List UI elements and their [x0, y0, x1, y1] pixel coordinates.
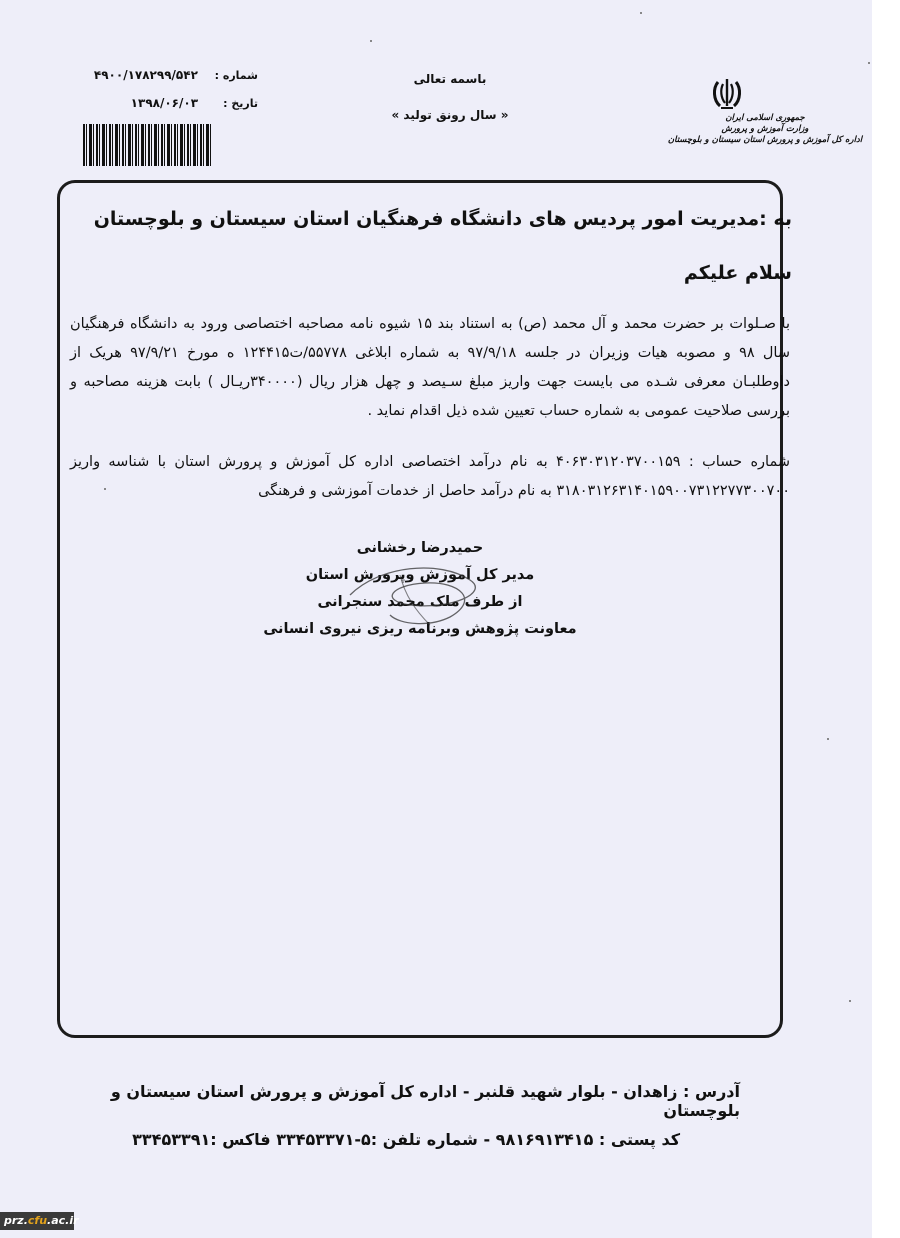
- signer-name: حمیدرضا رخشانی: [240, 535, 600, 562]
- deputy-title: معاونت پژوهش وبرنامه ریزی نیروی انسانی: [240, 616, 600, 643]
- letter-number: شماره : ۴۹۰۰/۱۷۸۲۹۹/۵۴۲: [62, 68, 258, 82]
- barcode: [83, 124, 213, 166]
- iran-emblem-icon: [712, 78, 742, 112]
- scanned-letter-page: شماره : ۴۹۰۰/۱۷۸۲۹۹/۵۴۲ تاریخ : ۱۳۹۸/۰۶/…: [0, 0, 872, 1238]
- year-slogan: « سال رونق تولید »: [360, 108, 540, 122]
- ministry-line-1: جمهوری اسلامی ایران: [660, 113, 870, 124]
- ministry-line-2: وزارت آموزش و پرورش: [660, 124, 870, 135]
- scan-speck: [370, 40, 372, 42]
- ministry-letterhead: جمهوری اسلامی ایران وزارت آموزش و پرورش …: [660, 113, 870, 146]
- letter-date-value: ۱۳۹۸/۰۶/۰۳: [131, 96, 198, 110]
- on-behalf-of: از طرف ملک محمد سنجرانی: [240, 589, 600, 616]
- footer-contact: کد پستی : ۹۸۱۶۹۱۳۴۱۵ - شماره تلفن :۵-۳۳۴…: [100, 1130, 680, 1149]
- letter-date-label: تاریخ :: [223, 97, 258, 110]
- signer-title: مدیر کل آموزش وپرورش استان: [240, 562, 600, 589]
- site-watermark: prz.cfu.ac.ir: [0, 1212, 74, 1230]
- ministry-line-3: اداره کل آموزش و پرورش استان سیستان و بل…: [660, 135, 870, 146]
- scan-speck: [849, 1000, 851, 1002]
- letter-number-value: ۴۹۰۰/۱۷۸۲۹۹/۵۴۲: [94, 68, 198, 82]
- scan-speck: [868, 62, 870, 64]
- scan-speck: [640, 12, 642, 14]
- scan-speck: [827, 738, 829, 740]
- letter-date: تاریخ : ۱۳۹۸/۰۶/۰۳: [92, 96, 258, 110]
- signature-block: حمیدرضا رخشانی مدیر کل آموزش وپرورش استا…: [240, 535, 600, 643]
- scan-speck: [104, 488, 106, 490]
- greeting: سلام علیکم: [80, 262, 792, 284]
- footer-address: آدرس : زاهدان - بلوار شهید قلنبر - اداره…: [100, 1082, 740, 1120]
- bismillah-heading: باسمه تعالی: [400, 72, 500, 86]
- letter-number-label: شماره :: [215, 69, 258, 82]
- account-details: شماره حساب : ۴۰۶۳۰۳۱۲۰۳۷۰۰۱۵۹ به نام درآ…: [70, 448, 790, 506]
- letter-body: با صـلوات بر حضرت محمد و آل محمد (ص) به …: [70, 310, 790, 426]
- addressee: به :مدیریت امور پردیس های دانشگاه فرهنگی…: [80, 208, 792, 230]
